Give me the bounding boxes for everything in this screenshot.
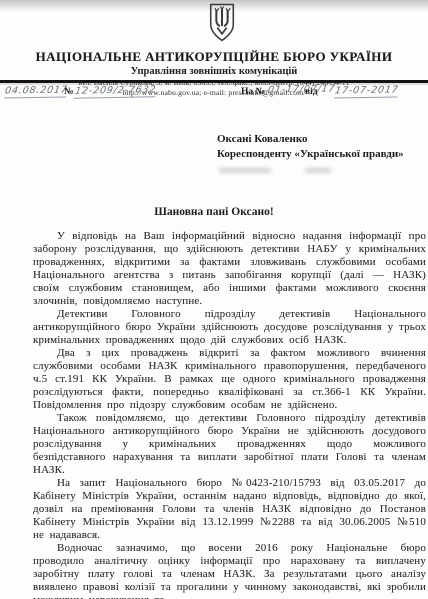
outgoing-date-handwritten: 04.08.2017 [4, 84, 69, 98]
letter-paragraph: Два з цих проваджень відкриті за фактом … [33, 347, 426, 412]
redacted-line [217, 165, 404, 177]
outgoing-number-handwritten: 12-209/2-7632 [74, 84, 157, 98]
letter-paragraph: На запит Національного бюро №0423-210/15… [33, 477, 426, 542]
recipient-block: Оксані Коваленко Кореспонденту «Українсь… [217, 132, 404, 177]
letterhead-divider [0, 80, 428, 83]
from-date-label: від [305, 87, 318, 97]
letter-paragraph: У відповідь на Ваш інформаційний відносн… [33, 230, 426, 308]
incoming-number-handwritten: 01-17/07/17 [267, 83, 336, 95]
redacted-text-smudge [219, 168, 271, 173]
letter-paragraph: Водночас зазначимо, що восени 2016 року … [33, 542, 426, 599]
number-sign: № [64, 87, 74, 97]
incoming-number-label: На № [241, 87, 265, 97]
letter-body: У відповідь на Ваш інформаційний відносн… [33, 230, 426, 599]
incoming-date-handwritten: 17-07-2017 [334, 84, 399, 98]
recipient-title: Кореспонденту «Української правди» [217, 147, 404, 162]
recipient-name: Оксані Коваленко [217, 132, 404, 147]
org-name: НАЦІОНАЛЬНЕ АНТИКОРУПЦІЙНЕ БЮРО УКРАЇНИ [0, 49, 428, 65]
letter-paragraph: Також повідомляємо, що детективи Головно… [33, 412, 426, 477]
salutation: Шановна пані Оксано! [0, 206, 428, 218]
scanned-letter-page: НАЦІОНАЛЬНЕ АНТИКОРУПЦІЙНЕ БЮРО УКРАЇНИ … [0, 0, 428, 599]
department-name: Управління зовнішніх комунікацій [0, 66, 428, 77]
ukraine-trident-icon [206, 3, 238, 48]
redacted-text-smudge [305, 168, 331, 173]
letter-paragraph: Детективи Головного підрозділу детективі… [33, 308, 426, 347]
reference-row: 04.08.2017 № 12-209/2-7632 На № 01-17/07… [0, 85, 428, 103]
